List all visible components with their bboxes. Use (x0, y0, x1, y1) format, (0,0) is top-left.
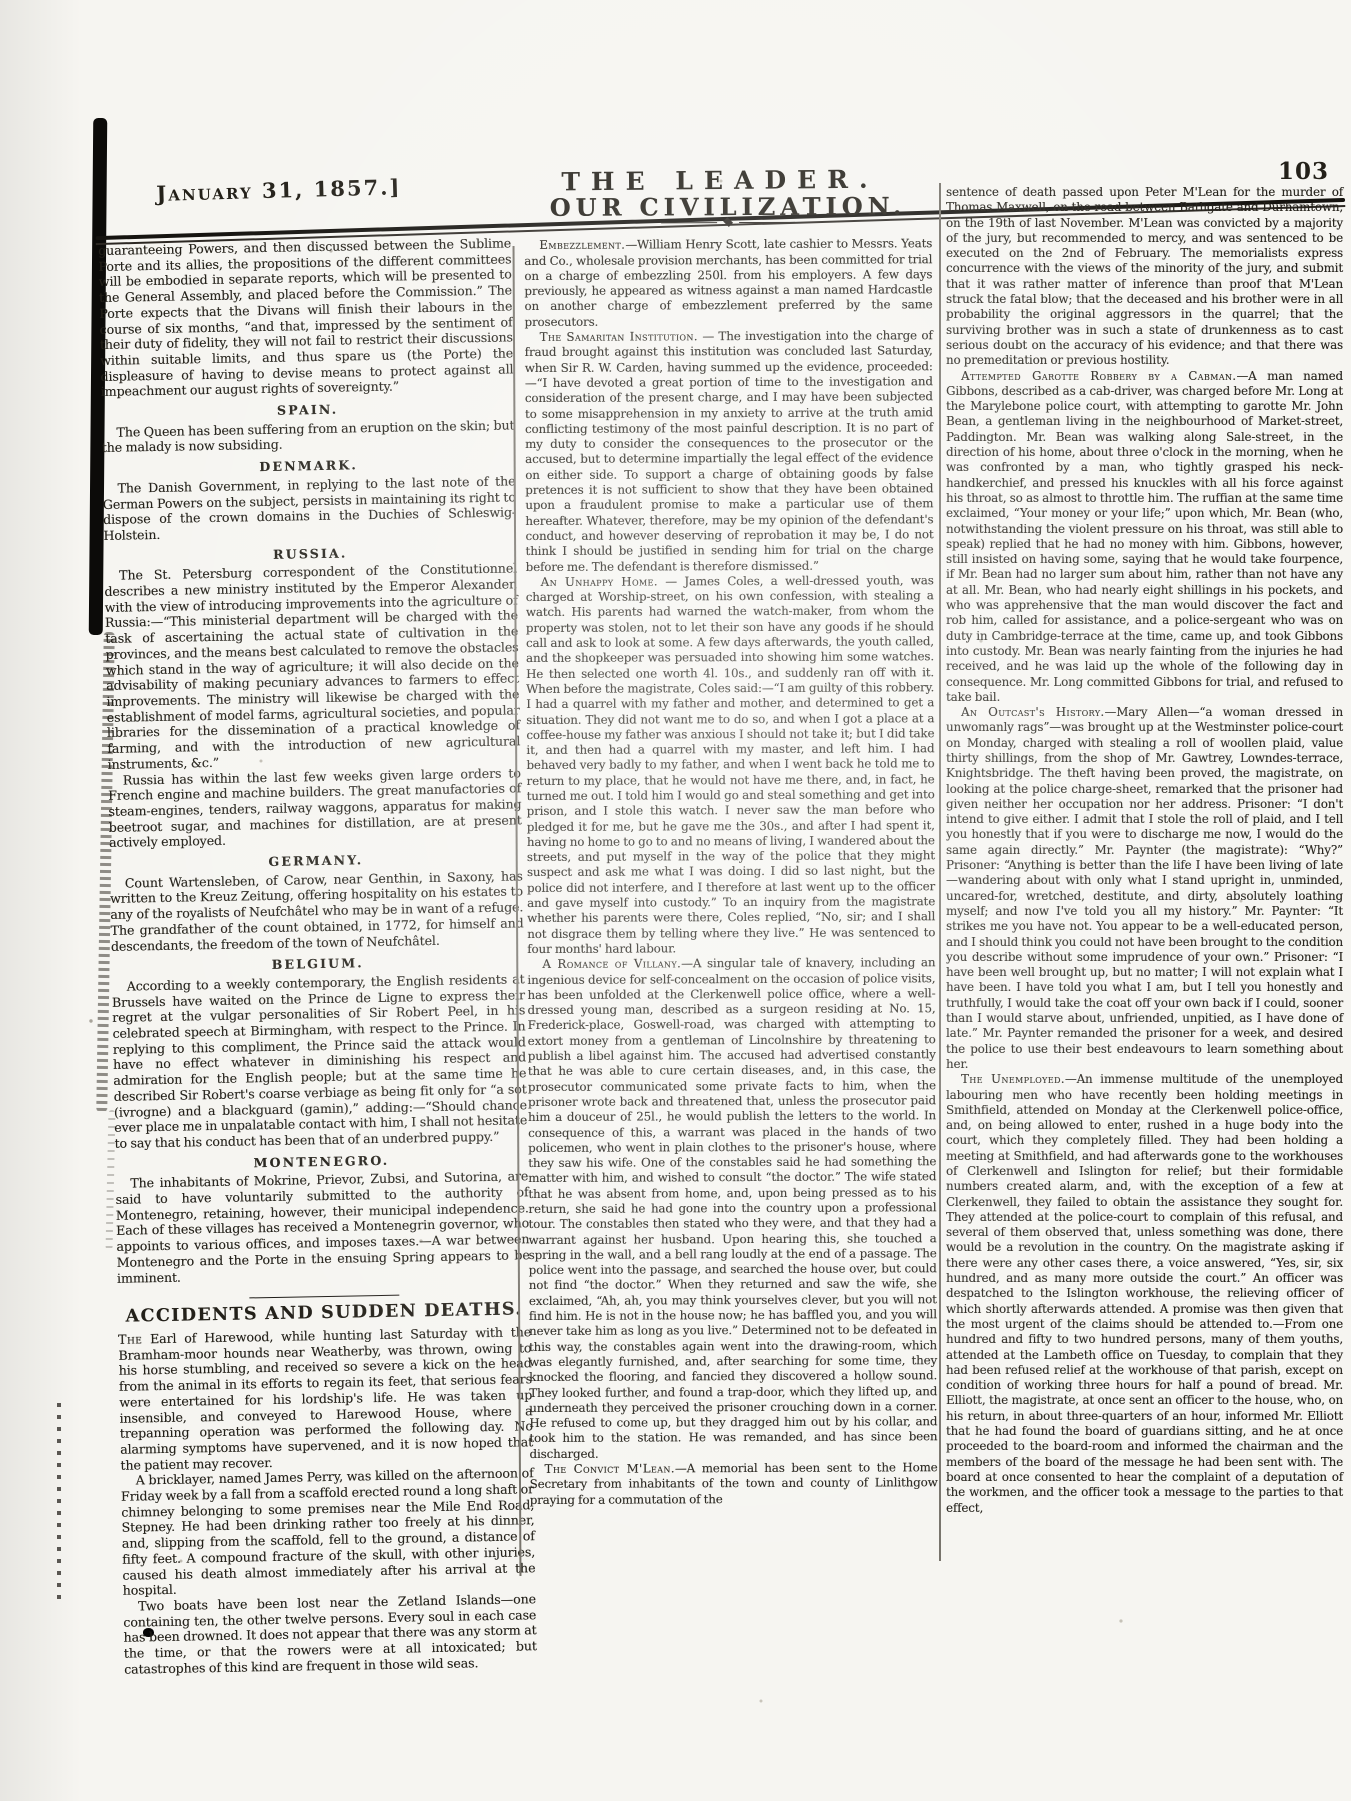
news-item: Embezzlement.—William Henry Scott, late … (524, 237, 932, 331)
news-item-label: The Unemployed. (961, 1072, 1065, 1086)
separator-rule (249, 1295, 399, 1299)
page-number: 103 (1278, 158, 1329, 185)
column-divider-rule (939, 183, 941, 1561)
paragraph: Russia has within the last few weeks giv… (108, 765, 522, 851)
scan-noise (0, 0, 2, 2)
paragraph: Two boats have been lost near the Zetlan… (123, 1591, 537, 1677)
news-item-label: Attempted Garotte Robbery by a Cabman. (961, 369, 1236, 383)
paragraph: The Danish Government, in replying to th… (102, 473, 516, 543)
news-item-label: The (118, 1331, 142, 1346)
paragraph: The Queen has been suffering from an eru… (101, 417, 515, 456)
news-item-label: An Unhappy Home. (541, 574, 658, 589)
paragraph: sentence of death passed upon Peter M'Le… (946, 185, 1343, 369)
news-item: A Romance of Villany.—A singular tale of… (527, 955, 937, 1462)
news-item-label: A Romance of Villany. (542, 957, 681, 972)
scan-artifact-margin-ticks (57, 1403, 61, 1603)
news-item: The Unemployed.—An immense multitude of … (946, 1072, 1343, 1516)
paragraph: The St. Petersburg correspondent of the … (104, 561, 521, 773)
news-item-label: The Samaritan Institution. (540, 329, 698, 344)
column-left: guaranteeing Powers, and then discussed … (98, 235, 537, 1677)
paragraph: Count Wartensleben, of Carow, near Genth… (110, 868, 524, 954)
section-title: OUR CIVILIZATION. (524, 198, 932, 215)
paragraph: According to a weekly contemporary, the … (111, 971, 527, 1151)
news-item-label: An Outcast's History. (961, 705, 1105, 719)
article-heading: ACCIDENTS AND SUDDEN DEATHS. (118, 1303, 531, 1326)
column-right: sentence of death passed upon Peter M'Le… (946, 185, 1343, 1516)
news-item: An Outcast's History.—Mary Allen—“a woma… (946, 705, 1343, 1072)
news-item-label: Embezzlement. (539, 238, 625, 252)
column-middle-body: Embezzlement.—William Henry Scott, late … (524, 237, 938, 1508)
paragraph: guaranteeing Powers, and then discussed … (98, 235, 514, 400)
news-item: The Samaritan Institution. — The investi… (525, 328, 934, 575)
newspaper-page: January 31, 1857.] THE LEADER. 103 guara… (0, 0, 1351, 1801)
news-item: The Earl of Harewood, while hunting last… (118, 1324, 534, 1473)
column-middle: OUR CIVILIZATION. Embezzlement.—William … (524, 198, 938, 1508)
news-item: Attempted Garotte Robbery by a Cabman.—A… (946, 369, 1343, 706)
news-item: An Unhappy Home. — James Coles, a well-d… (526, 573, 936, 957)
paragraph: The inhabitants of Mokrine, Prievor, Zub… (115, 1169, 530, 1286)
news-item-label: The Convict M'Lean. (545, 1461, 675, 1476)
paragraph: A bricklayer, named James Perry, was kil… (121, 1466, 536, 1599)
news-item: The Convict M'Lean.—A memorial has been … (530, 1460, 938, 1508)
